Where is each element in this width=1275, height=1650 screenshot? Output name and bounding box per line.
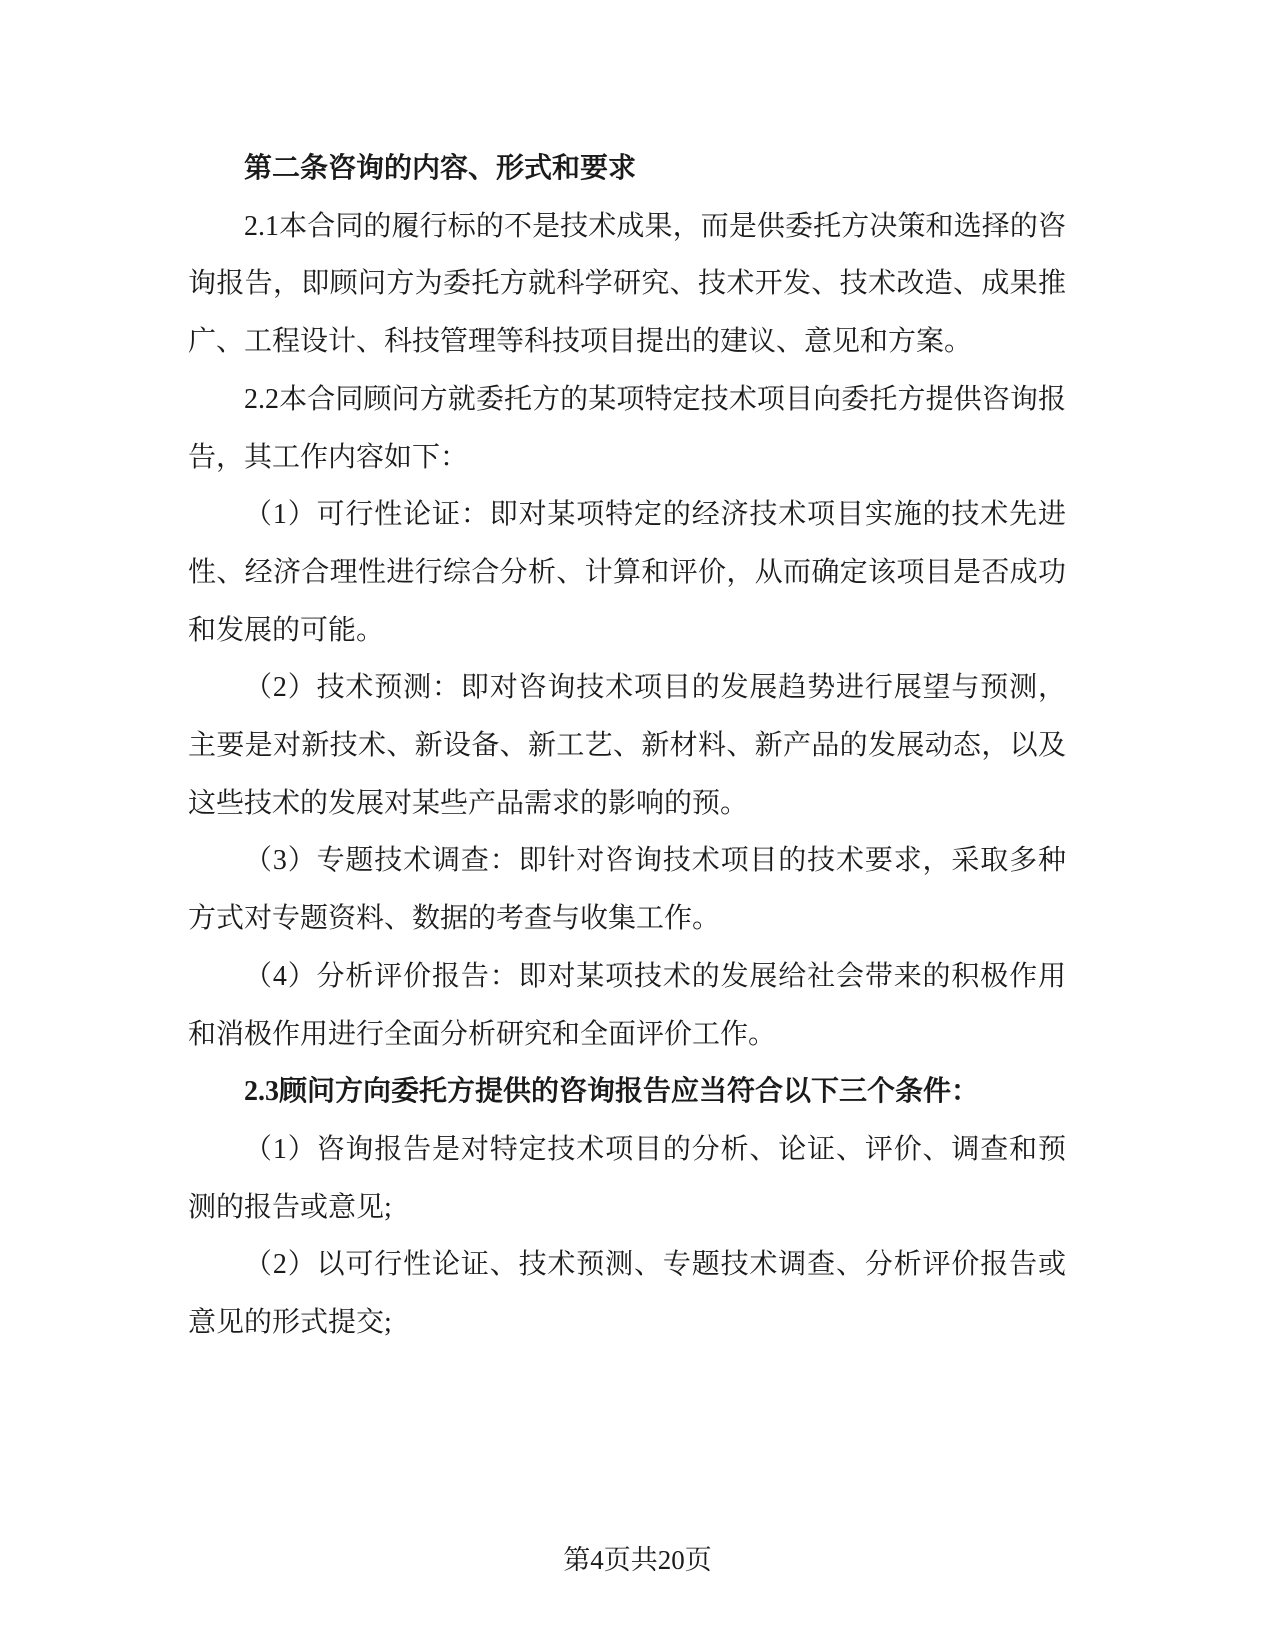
clause-2-3-heading: 2.3顾问方向委托方提供的咨询报告应当符合以下三个条件：: [188, 1063, 1066, 1121]
article-2-heading: 第二条咨询的内容、形式和要求: [188, 140, 1066, 198]
clause-2-2: 2.2本合同顾问方就委托方的某项特定技术项目向委托方提供咨询报告，其工作内容如下…: [188, 371, 1066, 486]
clause-2-2-item-4-analysis: （4）分析评价报告：即对某项技术的发展给社会带来的积极作用和消极作用进行全面分析…: [188, 948, 1066, 1063]
page-number-footer: 第4页共20页: [0, 1538, 1275, 1577]
clause-2-2-item-3-survey: （3）专题技术调查：即针对咨询技术项目的技术要求，采取多种方式对专题资料、数据的…: [188, 832, 1066, 947]
clause-2-2-item-2-forecast: （2）技术预测：即对咨询技术项目的发展趋势进行展望与预测，主要是对新技术、新设备…: [188, 659, 1066, 832]
clause-2-1: 2.1本合同的履行标的不是技术成果，而是供委托方决策和选择的咨询报告，即顾问方为…: [188, 198, 1066, 371]
clause-2-3-item-2: （2）以可行性论证、技术预测、专题技术调查、分析评价报告或意见的形式提交;: [188, 1236, 1066, 1351]
document-page: 第二条咨询的内容、形式和要求 2.1本合同的履行标的不是技术成果，而是供委托方决…: [0, 0, 1275, 1650]
clause-2-3-item-1: （1）咨询报告是对特定技术项目的分析、论证、评价、调查和预测的报告或意见;: [188, 1121, 1066, 1236]
contract-body: 第二条咨询的内容、形式和要求 2.1本合同的履行标的不是技术成果，而是供委托方决…: [188, 140, 1066, 1352]
clause-2-2-item-1-feasibility: （1）可行性论证：即对某项特定的经济技术项目实施的技术先进性、经济合理性进行综合…: [188, 486, 1066, 659]
